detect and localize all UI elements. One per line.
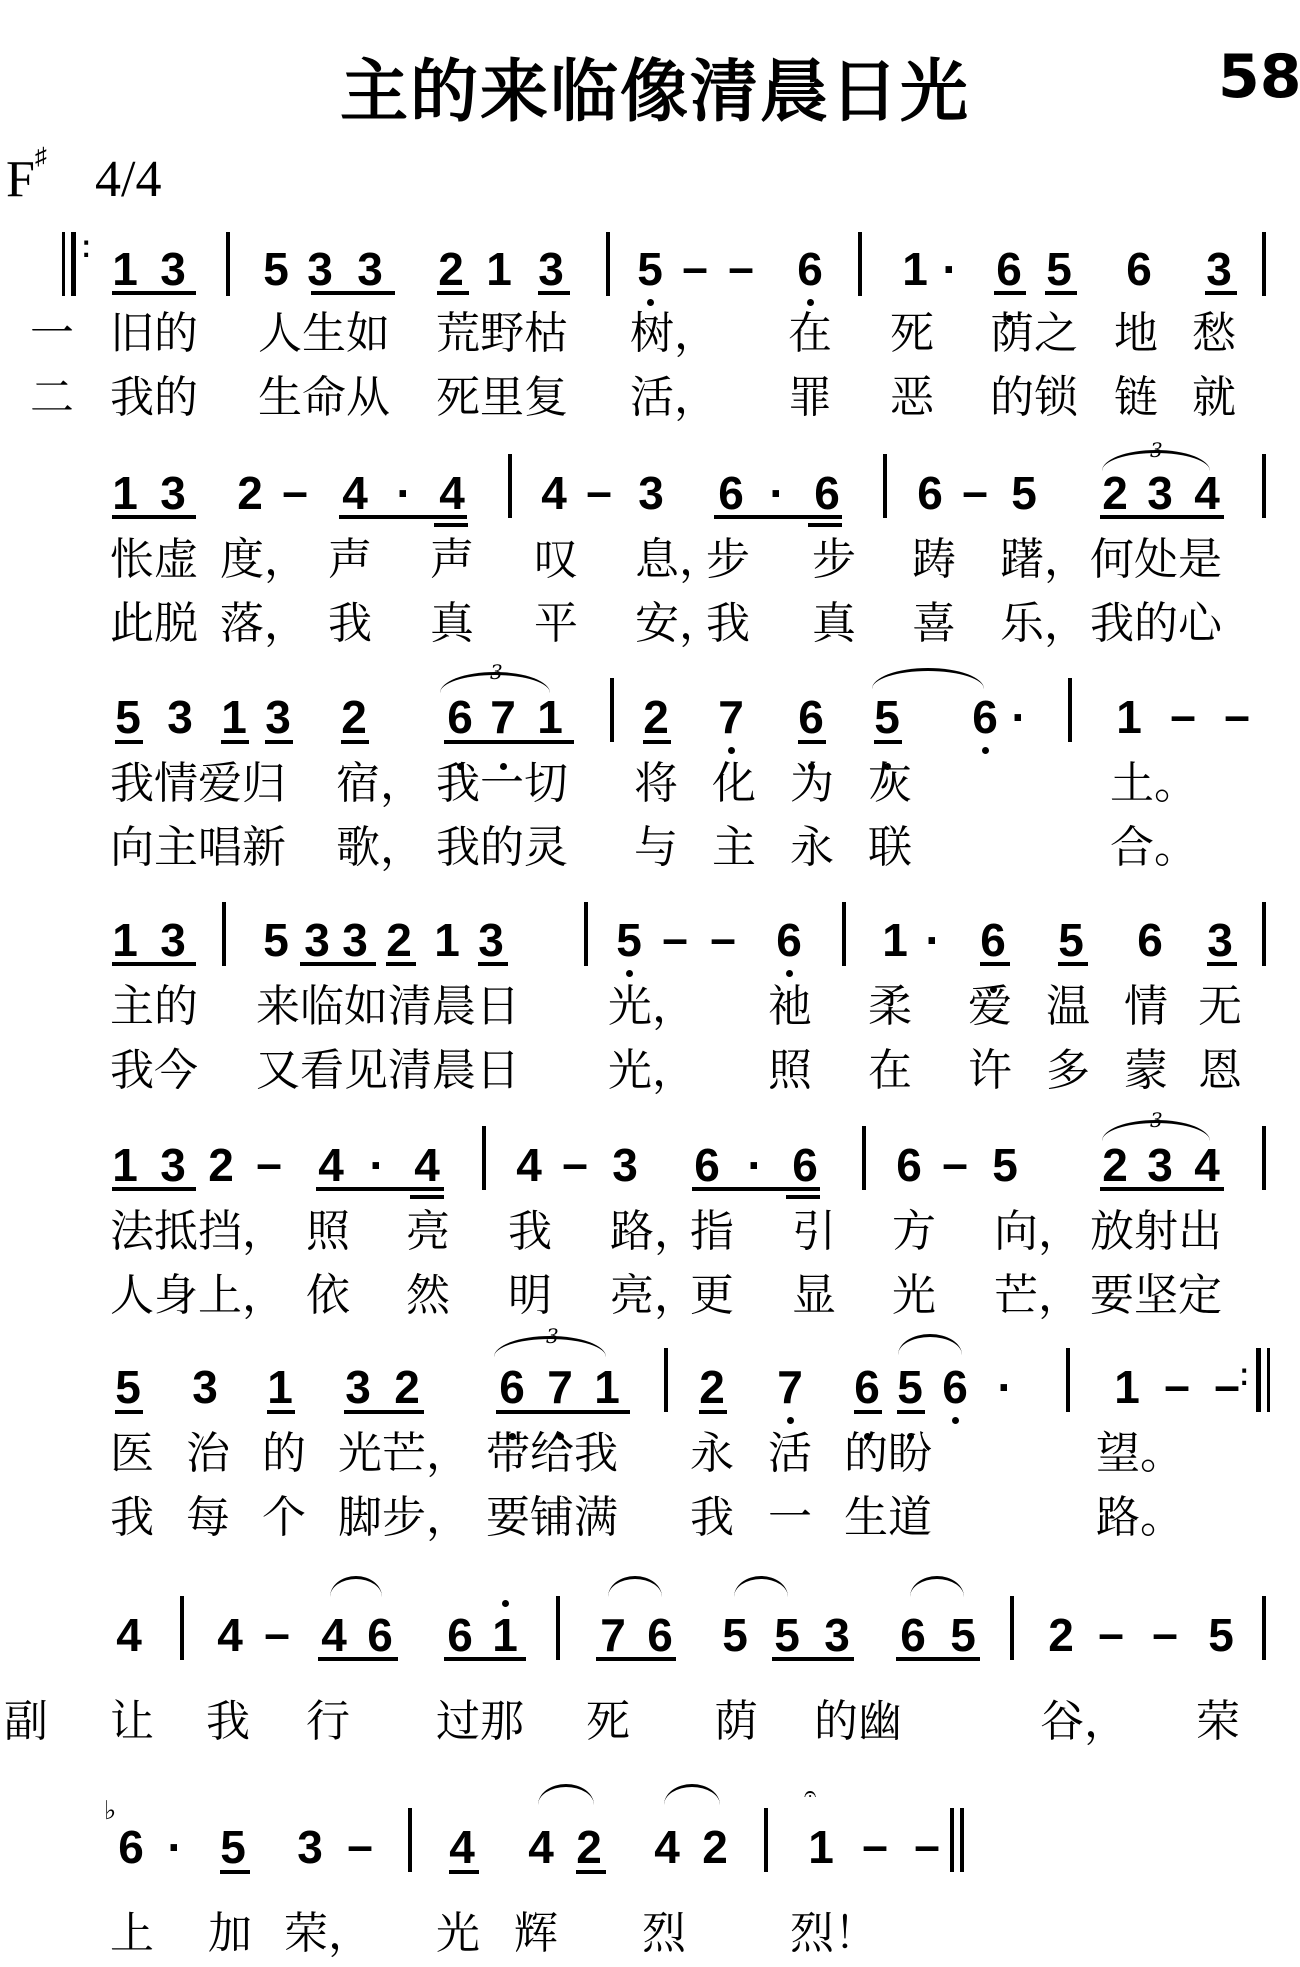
note: 6 — [994, 246, 1024, 292]
lyric: 度， — [220, 538, 308, 582]
dash: – — [1222, 692, 1252, 738]
lyric: 的 — [262, 1432, 306, 1476]
lyric: 依 — [306, 1274, 350, 1318]
low-octave-dot — [647, 299, 654, 306]
lyric: 的锁 — [990, 376, 1078, 420]
barline — [1262, 902, 1266, 966]
lyric: 每 — [186, 1496, 230, 1540]
tie — [608, 1576, 662, 1597]
dot: · — [362, 1142, 392, 1188]
underline — [112, 1187, 196, 1191]
note: 2 — [700, 1824, 730, 1870]
dash: – — [280, 468, 310, 514]
note: 3 — [355, 246, 385, 292]
underline — [344, 1410, 424, 1414]
note: 6 — [365, 1612, 395, 1658]
underline — [437, 291, 469, 295]
lyric: 我一切 — [436, 762, 568, 806]
note: 2 — [235, 470, 265, 516]
underline — [318, 1657, 398, 1661]
dot: · — [389, 470, 419, 516]
underline — [220, 1870, 250, 1874]
note: 5 — [948, 1612, 978, 1658]
chorus-label: 副 — [4, 1700, 48, 1744]
lyric: 将 — [634, 762, 678, 806]
lyric: 人身上， — [110, 1274, 286, 1318]
hymn-number: 58 — [1218, 42, 1300, 112]
note: 2 — [1046, 1612, 1076, 1658]
lyric: 永 — [790, 826, 834, 870]
lyric: 我的心 — [1090, 602, 1222, 646]
underline — [1100, 515, 1224, 519]
tie — [734, 1576, 788, 1597]
lyric: 活， — [630, 376, 718, 420]
underline — [786, 1195, 820, 1199]
lyric: 带给我 — [486, 1432, 618, 1476]
note: 6 — [645, 1612, 675, 1658]
lyric: 我情爱归 — [110, 762, 286, 806]
note: 3 — [343, 1364, 373, 1410]
lyric: 地 — [1114, 312, 1158, 356]
low-octave-dot — [787, 1417, 794, 1424]
triplet-number: 3 — [1150, 1108, 1163, 1132]
note: 1 — [900, 246, 930, 292]
barline — [556, 1596, 560, 1660]
lyric: 歌， — [336, 826, 424, 870]
dot: · — [990, 1364, 1020, 1410]
dash: – — [1150, 1610, 1180, 1656]
note: 3 — [158, 246, 188, 292]
note: 5 — [614, 917, 644, 963]
dash: – — [726, 244, 756, 290]
note: 5 — [1206, 1612, 1236, 1658]
triplet-number: 3 — [1150, 438, 1163, 462]
note: 2 — [1100, 1142, 1130, 1188]
barline — [1010, 1596, 1014, 1660]
underline — [798, 740, 826, 744]
lyric: 合。 — [1110, 826, 1198, 870]
barline — [584, 902, 588, 966]
dot: · — [740, 1142, 770, 1188]
lyric: 明 — [508, 1274, 552, 1318]
note: 6 — [978, 917, 1008, 963]
note: 6 — [894, 1142, 924, 1188]
lyric: 宿， — [336, 762, 424, 806]
lyric: 何处是 — [1090, 538, 1222, 582]
underline — [699, 1410, 727, 1414]
triplet-number: 3 — [490, 660, 503, 684]
lyric: 恩 — [1198, 1049, 1242, 1093]
note: 4 — [539, 470, 569, 516]
lyric: 加 — [208, 1912, 252, 1956]
dash: – — [584, 468, 614, 514]
lyric: 显 — [792, 1274, 836, 1318]
note: 6 — [497, 1364, 527, 1410]
note: 1 — [432, 917, 462, 963]
note: 3 — [536, 246, 566, 292]
underline — [1100, 1187, 1224, 1191]
underline — [643, 740, 671, 744]
note: 5 — [872, 694, 902, 740]
dash: – — [680, 244, 710, 290]
note: 6 — [1124, 246, 1154, 292]
lyric: 向主唱新 — [110, 826, 286, 870]
dash: – — [660, 915, 690, 961]
lyric: 温 — [1046, 985, 1090, 1029]
tie — [910, 1576, 964, 1597]
lyric: 喜 — [912, 602, 956, 646]
note: 3 — [1204, 246, 1234, 292]
lyric: 此脱 — [110, 602, 198, 646]
note: 3 — [1205, 917, 1235, 963]
note: 3 — [295, 1824, 325, 1870]
note: 4 — [447, 1824, 477, 1870]
dot: · — [160, 1824, 190, 1870]
underline — [112, 291, 196, 295]
note: 3 — [190, 1364, 220, 1410]
note: 1 — [219, 694, 249, 740]
dash: – — [254, 1140, 284, 1186]
lyric: 平 — [534, 602, 578, 646]
note: 5 — [895, 1364, 925, 1410]
lyric: 荣 — [1196, 1700, 1240, 1744]
underline — [980, 962, 1010, 966]
note: 4 — [114, 1612, 144, 1658]
lyric: 照 — [768, 1049, 812, 1093]
tie — [898, 1334, 962, 1355]
tie — [872, 668, 984, 689]
note: 4 — [652, 1824, 682, 1870]
lyric: 与 — [634, 826, 678, 870]
lyric: 亮 — [406, 1210, 450, 1254]
note: 5 — [1044, 246, 1074, 292]
underline — [496, 1410, 630, 1414]
note: 6 — [898, 1612, 928, 1658]
underline — [434, 523, 468, 527]
lyric: 过那 — [436, 1700, 524, 1744]
note: 7 — [716, 694, 746, 740]
note: 5 — [635, 246, 665, 292]
repeat-start-barline — [62, 232, 76, 296]
barline — [482, 1126, 486, 1190]
underline — [596, 1657, 676, 1661]
note: 1 — [1114, 694, 1144, 740]
note: 2 — [697, 1364, 727, 1410]
dot: · — [935, 246, 965, 292]
lyric: 真 — [812, 602, 856, 646]
underline — [112, 962, 196, 966]
note: 3 — [1145, 1142, 1175, 1188]
note: 6 — [692, 1142, 722, 1188]
lyric: 在 — [788, 312, 832, 356]
underline — [341, 740, 369, 744]
lyric: 放射出 — [1090, 1210, 1222, 1254]
note: 6 — [852, 1364, 882, 1410]
note: 5 — [1056, 917, 1086, 963]
lyric: 引 — [792, 1210, 836, 1254]
lyric: 落， — [220, 602, 308, 646]
underline — [538, 291, 570, 295]
note: 3 — [165, 694, 195, 740]
note: 2 — [436, 246, 466, 292]
note: 3 — [1145, 470, 1175, 516]
underline — [994, 291, 1026, 295]
lyric: 光 — [892, 1274, 936, 1318]
note: 4 — [340, 470, 370, 516]
underline — [300, 962, 376, 966]
underline — [444, 740, 574, 744]
lyric: 人生如 — [258, 312, 390, 356]
lyric: 医 — [110, 1432, 154, 1476]
note: 4 — [215, 1612, 245, 1658]
low-octave-dot — [807, 299, 814, 306]
underline — [339, 515, 467, 519]
note: 4 — [1192, 1142, 1222, 1188]
flat-icon: ♭ — [104, 1796, 116, 1826]
lyric: 祂 — [768, 985, 812, 1029]
lyric: 活 — [768, 1432, 812, 1476]
barline — [842, 902, 846, 966]
underline — [808, 523, 842, 527]
underline — [449, 1870, 479, 1874]
underline — [1207, 962, 1237, 966]
underline — [112, 515, 196, 519]
low-octave-dot — [728, 747, 735, 754]
lyric: 主 — [712, 826, 756, 870]
note: 3 — [476, 917, 506, 963]
lyric: 我的 — [110, 376, 198, 420]
barline — [222, 902, 226, 966]
lyric: 柔 — [868, 985, 912, 1029]
lyric: 躇， — [1000, 538, 1088, 582]
underline — [221, 740, 249, 744]
lyric: 罪 — [788, 376, 832, 420]
note: 4 — [319, 1612, 349, 1658]
barline — [408, 1808, 412, 1872]
lyric: 我 — [110, 1496, 154, 1540]
note: 6 — [796, 694, 826, 740]
underline — [316, 1187, 444, 1191]
note: 1 — [110, 470, 140, 516]
lyric: 谷， — [1040, 1700, 1128, 1744]
note: 3 — [302, 917, 332, 963]
note: 5 — [720, 1612, 750, 1658]
note: 2 — [1100, 470, 1130, 516]
note: 5 — [113, 694, 143, 740]
barline — [606, 232, 610, 296]
lyric: 永 — [690, 1432, 734, 1476]
lyric: 个 — [262, 1496, 306, 1540]
hymn-title: 主的来临像清晨日光 — [340, 38, 970, 135]
note: 4 — [514, 1142, 544, 1188]
lyric: 光 — [436, 1912, 480, 1956]
lyric: 叹 — [534, 538, 578, 582]
lyric: 治 — [186, 1432, 230, 1476]
note: 5 — [261, 246, 291, 292]
lyric: 行 — [306, 1700, 350, 1744]
lyric: 来临如清晨日 — [256, 985, 520, 1029]
triplet-number: 3 — [546, 1324, 559, 1348]
final-barline — [950, 1808, 964, 1872]
barline — [664, 1348, 668, 1412]
lyric: 荫之 — [990, 312, 1078, 356]
note: 3 — [305, 246, 335, 292]
underline — [265, 740, 293, 744]
lyric: 的盼 — [844, 1432, 932, 1476]
dash: – — [940, 1140, 970, 1186]
lyric: 为 — [790, 762, 834, 806]
lyric: 在 — [868, 1049, 912, 1093]
barline — [858, 232, 862, 296]
lyric: 爱 — [968, 985, 1012, 1029]
note: 3 — [158, 917, 188, 963]
lyric: 恶 — [890, 376, 934, 420]
low-octave-dot — [786, 970, 793, 977]
barline — [1262, 232, 1266, 296]
lyric: 树， — [630, 312, 718, 356]
lyric: 荒野枯 — [436, 312, 568, 356]
lyric: 烈！ — [790, 1912, 878, 1956]
note: 3 — [158, 470, 188, 516]
tie — [538, 1784, 594, 1805]
note: 6 — [1135, 917, 1165, 963]
note: 2 — [392, 1364, 422, 1410]
note: 6 — [445, 1612, 475, 1658]
lyric: 无 — [1198, 985, 1242, 1029]
low-octave-dot — [626, 970, 633, 977]
note: 5 — [772, 1612, 802, 1658]
barline — [226, 232, 230, 296]
lyric: 乐， — [1000, 602, 1088, 646]
lyric: 旧的 — [110, 312, 198, 356]
dash: – — [1162, 1362, 1192, 1408]
note: 1 — [490, 1612, 520, 1658]
dot: · — [1004, 694, 1034, 740]
note: 2 — [641, 694, 671, 740]
note: 1 — [880, 917, 910, 963]
lyric: 死里复 — [436, 376, 568, 420]
lyric: 步 — [812, 538, 856, 582]
underline — [1205, 291, 1237, 295]
lyric: 联 — [868, 826, 912, 870]
lyric: 要坚定 — [1090, 1274, 1222, 1318]
note: 1 — [484, 246, 514, 292]
sharp-icon: ♯ — [35, 144, 47, 170]
low-octave-dot — [982, 747, 989, 754]
lyric: 更 — [690, 1274, 734, 1318]
barline — [883, 454, 887, 518]
lyric: 就 — [1192, 376, 1236, 420]
note: 4 — [526, 1824, 556, 1870]
tie — [330, 1576, 382, 1597]
lyric: 主的 — [110, 985, 198, 1029]
lyric: 脚步， — [338, 1496, 470, 1540]
note: 1 — [1112, 1364, 1142, 1410]
lyric: 法抵挡， — [110, 1210, 286, 1254]
dash: – — [1096, 1610, 1126, 1656]
barline — [1066, 1348, 1070, 1412]
lyric: 然 — [406, 1274, 450, 1318]
barline — [180, 1596, 184, 1660]
note: 1 — [110, 917, 140, 963]
note: 2 — [206, 1142, 236, 1188]
note: 1 — [592, 1364, 622, 1410]
underline — [874, 740, 902, 744]
note: 3 — [822, 1612, 852, 1658]
underline — [854, 1410, 882, 1414]
note: 1 — [110, 246, 140, 292]
underline — [896, 1657, 980, 1661]
dot: · — [918, 917, 948, 963]
lyric: 死 — [586, 1700, 630, 1744]
high-octave-dot — [502, 1600, 509, 1607]
barline — [764, 1808, 768, 1872]
barline — [862, 1126, 866, 1190]
lyric: 又看见清晨日 — [256, 1049, 520, 1093]
lyric: 情 — [1124, 985, 1168, 1029]
dot: · — [762, 470, 792, 516]
underline — [714, 515, 842, 519]
lyric: 让 — [110, 1700, 154, 1744]
barline — [1068, 678, 1072, 742]
note: 6 — [940, 1364, 970, 1410]
verse-number: 二 — [30, 376, 74, 420]
note: 1 — [110, 1142, 140, 1188]
underline — [311, 291, 395, 295]
lyric: 上 — [110, 1912, 154, 1956]
lyric: 荣， — [284, 1912, 372, 1956]
note: 3 — [263, 694, 293, 740]
note: 5 — [113, 1364, 143, 1410]
underline — [692, 1187, 820, 1191]
underline — [410, 1195, 444, 1199]
lyric: 方 — [892, 1210, 936, 1254]
note: 6 — [790, 1142, 820, 1188]
underline — [115, 1410, 143, 1414]
lyric: 要铺满 — [486, 1496, 618, 1540]
key-signature: F♯ — [6, 150, 47, 209]
lyric: 路， — [610, 1210, 698, 1254]
lyric: 辉 — [514, 1912, 558, 1956]
underline — [386, 962, 416, 966]
note: 3 — [340, 917, 370, 963]
dash: – — [345, 1822, 375, 1868]
note: 4 — [1192, 470, 1222, 516]
lyric: 的幽 — [814, 1700, 902, 1744]
lyric: 蒙 — [1124, 1049, 1168, 1093]
underline — [1045, 291, 1077, 295]
lyric: 烈 — [642, 1912, 686, 1956]
lyric: 我 — [328, 602, 372, 646]
repeat-end-barline — [1256, 1348, 1270, 1412]
note: 4 — [412, 1142, 442, 1188]
low-octave-dot — [952, 1417, 959, 1424]
key-letter: F — [6, 151, 35, 208]
lyric: 路。 — [1096, 1496, 1184, 1540]
lyric: 愁 — [1192, 312, 1236, 356]
underline — [576, 1870, 606, 1874]
note: 6 — [812, 470, 842, 516]
lyric: 链 — [1114, 376, 1158, 420]
underline — [772, 1657, 854, 1661]
underline — [897, 1410, 925, 1414]
note: 6 — [445, 694, 475, 740]
lyric: 土。 — [1110, 762, 1198, 806]
note: 1 — [535, 694, 565, 740]
lyric: 光， — [608, 1049, 696, 1093]
dash: – — [708, 915, 738, 961]
note: 6 — [795, 246, 825, 292]
